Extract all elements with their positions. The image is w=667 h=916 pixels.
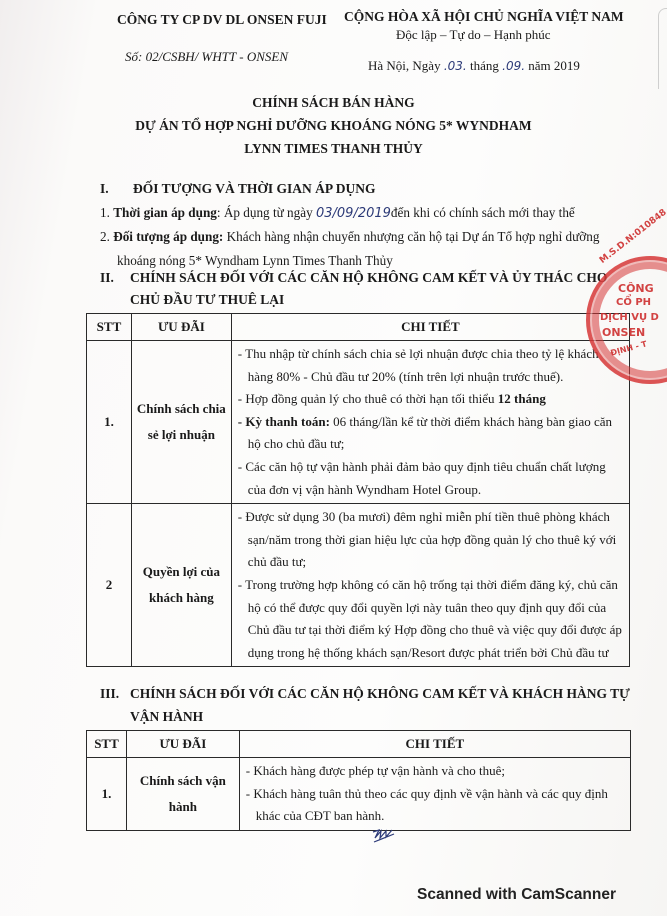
cell-stt: 1. (87, 758, 127, 831)
cell-benefit: Chính sách vận hành (126, 758, 239, 831)
document-date: Hà Nội, Ngày .03. tháng .09. năm 2019 (368, 58, 580, 74)
title-line-3: LYNN TIMES THANH THỦY (0, 141, 667, 157)
detail-bullet: - Thu nhập từ chính sách chia sẻ lợi nhu… (238, 343, 623, 388)
section-3-heading-line-2: VẬN HÀNH (130, 709, 203, 725)
table-header-row: STT ƯU ĐÃI CHI TIẾT (87, 314, 630, 341)
handwritten-signature (370, 826, 410, 846)
date-day-handwritten: .03. (444, 59, 467, 73)
section-2-policy-table: STT ƯU ĐÃI CHI TIẾT 1.Chính sách chia sẻ… (86, 313, 630, 667)
detail-bullet: - Trong trường hợp không có căn hộ trống… (238, 574, 623, 664)
detail-text: - Khách hàng tuân thủ theo các quy định … (246, 786, 608, 824)
stamp-bottom-text: ĐỊNH - T (609, 339, 647, 357)
item-2-number: 2. (100, 229, 110, 244)
detail-text: - Được sử dụng 30 (ba mươi) đêm nghỉ miễ… (238, 509, 617, 569)
table-header-row: STT ƯU ĐÃI CHI TIẾT (87, 731, 631, 758)
item-2-label: Đối tượng áp dụng: (113, 229, 223, 244)
date-month-handwritten: .09. (502, 59, 525, 73)
section-3-policy-table: STT ƯU ĐÃI CHI TIẾT 1.Chính sách vận hàn… (86, 730, 631, 831)
title-line-1: CHÍNH SÁCH BÁN HÀNG (0, 95, 667, 111)
detail-bullet: - Được sử dụng 30 (ba mươi) đêm nghỉ miễ… (238, 506, 623, 574)
cell-details: - Thu nhập từ chính sách chia sẻ lợi nhu… (231, 341, 629, 504)
national-title: CỘNG HÒA XÃ HỘI CHỦ NGHĨA VIỆT NAM (344, 9, 624, 25)
item-2-text: Khách hàng nhận chuyển nhượng căn hộ tại… (223, 229, 599, 244)
header-benefit: ƯU ĐÃI (126, 731, 239, 758)
detail-bullet: - Các căn hộ tự vận hành phải đảm bảo qu… (238, 456, 623, 501)
stamp-ring-text: M.S.D.N:010848 (598, 208, 667, 266)
national-motto: Độc lập – Tự do – Hạnh phúc (396, 27, 550, 43)
table-row: 1.Chính sách chia sẻ lợi nhuận- Thu nhập… (87, 341, 630, 504)
page-edge-shadow (658, 8, 667, 89)
detail-text: - Thu nhập từ chính sách chia sẻ lợi nhu… (238, 346, 599, 384)
item-1-date-handwritten: 03/09/2019 (316, 206, 391, 221)
date-year: năm 2019 (528, 58, 580, 73)
detail-bold-suffix: 12 tháng (498, 391, 546, 406)
date-prefix: Hà Nội, Ngày (368, 58, 441, 73)
header-stt: STT (87, 314, 132, 341)
stamp-line-3: DỊCH VỤ D (600, 312, 659, 323)
cell-details: - Được sử dụng 30 (ba mươi) đêm nghỉ miễ… (231, 504, 629, 667)
detail-bold-prefix: - Kỳ thanh toán: (238, 414, 330, 429)
section-2-heading-line-1: CHÍNH SÁCH ĐỐI VỚI CÁC CĂN HỘ KHÔNG CAM … (130, 270, 607, 286)
detail-bullet: - Hợp đồng quản lý cho thuê có thời hạn … (238, 388, 623, 411)
cell-benefit: Chính sách chia sẻ lợi nhuận (131, 341, 231, 504)
detail-bullet: - Khách hàng tuân thủ theo các quy định … (246, 783, 624, 828)
detail-text: - Trong trường hợp không có căn hộ trống… (238, 577, 622, 660)
section-1-item-2: 2. Đối tượng áp dụng: Khách hàng nhận ch… (100, 229, 599, 245)
date-month-label: tháng (470, 58, 499, 73)
document-number: Số: 02/CSBH/ WHTT - ONSEN (125, 49, 288, 65)
scanned-document-page: CÔNG TY CP DV DL ONSEN FUJI Số: 02/CSBH/… (0, 0, 667, 916)
section-3-heading-line-1: CHÍNH SÁCH ĐỐI VỚI CÁC CĂN HỘ KHÔNG CAM … (130, 686, 630, 702)
item-1-number: 1. (100, 205, 110, 220)
section-1-numeral: I. (100, 181, 109, 197)
item-1-text-after: đến khi có chính sách mới thay thế (391, 205, 575, 220)
header-benefit: ƯU ĐÃI (131, 314, 231, 341)
header-details: CHI TIẾT (231, 314, 629, 341)
detail-text: - Các căn hộ tự vận hành phải đảm bảo qu… (238, 459, 606, 497)
cell-details: - Khách hàng được phép tự vận hành và ch… (239, 758, 630, 831)
stamp-line-4: ONSEN (602, 326, 645, 339)
item-1-label: Thời gian áp dụng (113, 205, 217, 220)
section-3-numeral: III. (100, 686, 119, 702)
stamp-line-1: CÔNG (618, 282, 654, 295)
section-2-numeral: II. (100, 270, 114, 286)
title-line-2: DỰ ÁN TỔ HỢP NGHỈ DƯỠNG KHOÁNG NÓNG 5* W… (0, 118, 667, 134)
company-name: CÔNG TY CP DV DL ONSEN FUJI (117, 12, 327, 28)
section-1-heading: ĐỐI TƯỢNG VÀ THỜI GIAN ÁP DỤNG (133, 181, 376, 197)
stamp-line-2: CỔ PH (616, 297, 651, 308)
table-row: 1.Chính sách vận hành- Khách hàng được p… (87, 758, 631, 831)
cell-benefit: Quyền lợi của khách hàng (131, 504, 231, 667)
detail-bullet: - Khách hàng được phép tự vận hành và ch… (246, 760, 624, 783)
header-stt: STT (87, 731, 127, 758)
header-details: CHI TIẾT (239, 731, 630, 758)
camscanner-watermark: Scanned with CamScanner (417, 886, 616, 904)
detail-bullet: - Kỳ thanh toán: 06 tháng/lần kể từ thời… (238, 411, 623, 456)
section-2-heading-line-2: CHỦ ĐẦU TƯ THUÊ LẠI (130, 292, 284, 308)
cell-stt: 2 (87, 504, 132, 667)
detail-text: - Hợp đồng quản lý cho thuê có thời hạn … (238, 391, 498, 406)
table-row: 2Quyền lợi của khách hàng- Được sử dụng … (87, 504, 630, 667)
section-1-item-1: 1. Thời gian áp dụng: Áp dụng từ ngày 03… (100, 205, 575, 221)
item-1-text: : Áp dụng từ ngày (217, 205, 313, 220)
section-1-item-2-continued: khoáng nóng 5* Wyndham Lynn Times Thanh … (117, 253, 393, 269)
detail-text: - Khách hàng được phép tự vận hành và ch… (246, 763, 505, 778)
cell-stt: 1. (87, 341, 132, 504)
